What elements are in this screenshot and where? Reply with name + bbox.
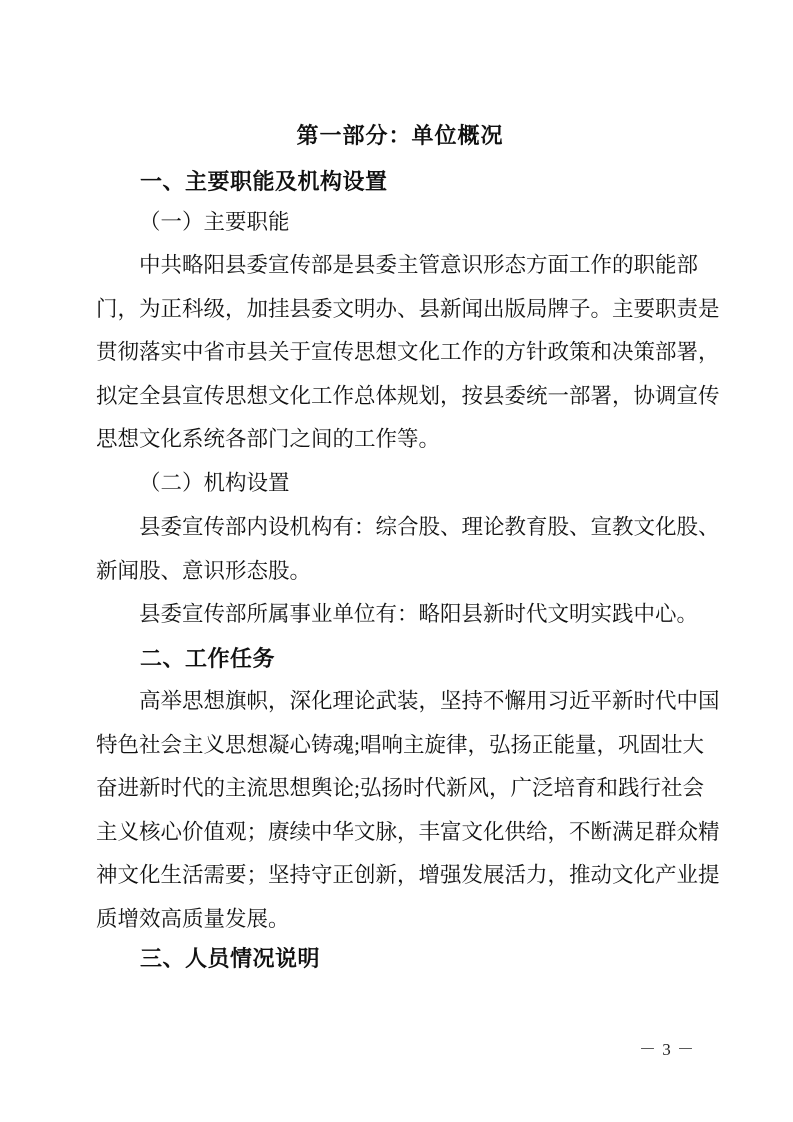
document-page: { "document": { "title": "第一部分：单位概况", "p… — [0, 0, 793, 1122]
text-line: 高举思想旗帜，深化理论武装，坚持不懈用习近平新时代中国 — [96, 680, 708, 724]
text-line: 质增效高质量发展。 — [96, 898, 708, 942]
text-line: 奋进新时代的主流思想舆论;弘扬时代新风，广泛培育和践行社会 — [96, 767, 708, 811]
text-line: 新闻股、意识形态股。 — [96, 550, 708, 594]
text-line: 门，为正科级，加挂县委文明办、县新闻出版局牌子。主要职责是 — [96, 288, 708, 332]
subsection-1-2-heading: （二）机构设置 — [96, 462, 736, 506]
text-line: 拟定全县宣传思想文化工作总体规划，按县委统一部署，协调宣传 — [96, 375, 708, 419]
paragraph-main-functions: 中共略阳县委宣传部是县委主管意识形态方面工作的职能部 门，为正科级，加挂县委文明… — [96, 244, 708, 462]
text-line: 贯彻落实中省市县关于宣传思想文化工作的方针政策和决策部署， — [96, 331, 708, 375]
text-line: 神文化生活需要；坚持守正创新，增强发展活力，推动文化产业提 — [96, 854, 708, 898]
document-title: 第一部分：单位概况 — [96, 114, 704, 158]
subsection-1-1-heading: （一）主要职能 — [96, 201, 736, 245]
text-line: 县委宣传部所属事业单位有：略阳县新时代文明实践中心。 — [96, 593, 708, 637]
page-number: － 3 － — [639, 1040, 695, 1060]
section-3-heading: 三、人员情况说明 — [96, 937, 736, 981]
text-line: 思想文化系统各部门之间的工作等。 — [96, 418, 708, 462]
text-line: 中共略阳县委宣传部是县委主管意识形态方面工作的职能部 — [96, 244, 708, 288]
section-1-heading: 一、主要职能及机构设置 — [96, 160, 736, 204]
paragraph-affiliated-units: 县委宣传部所属事业单位有：略阳县新时代文明实践中心。 — [96, 593, 708, 637]
section-2-heading: 二、工作任务 — [96, 637, 736, 681]
text-line: 县委宣传部内设机构有：综合股、理论教育股、宣教文化股、 — [96, 506, 708, 550]
text-line: 特色社会主义思想凝心铸魂;唱响主旋律，弘扬正能量，巩固壮大 — [96, 724, 708, 768]
paragraph-internal-orgs: 县委宣传部内设机构有：综合股、理论教育股、宣教文化股、 新闻股、意识形态股。 — [96, 506, 708, 593]
paragraph-work-tasks: 高举思想旗帜，深化理论武装，坚持不懈用习近平新时代中国 特色社会主义思想凝心铸魂… — [96, 680, 708, 942]
page: 第一部分：单位概况 一、主要职能及机构设置 （一）主要职能 中共略阳县委宣传部是… — [0, 0, 793, 1122]
text-line: 主义核心价值观；赓续中华文脉，丰富文化供给，不断满足群众精 — [96, 811, 708, 855]
